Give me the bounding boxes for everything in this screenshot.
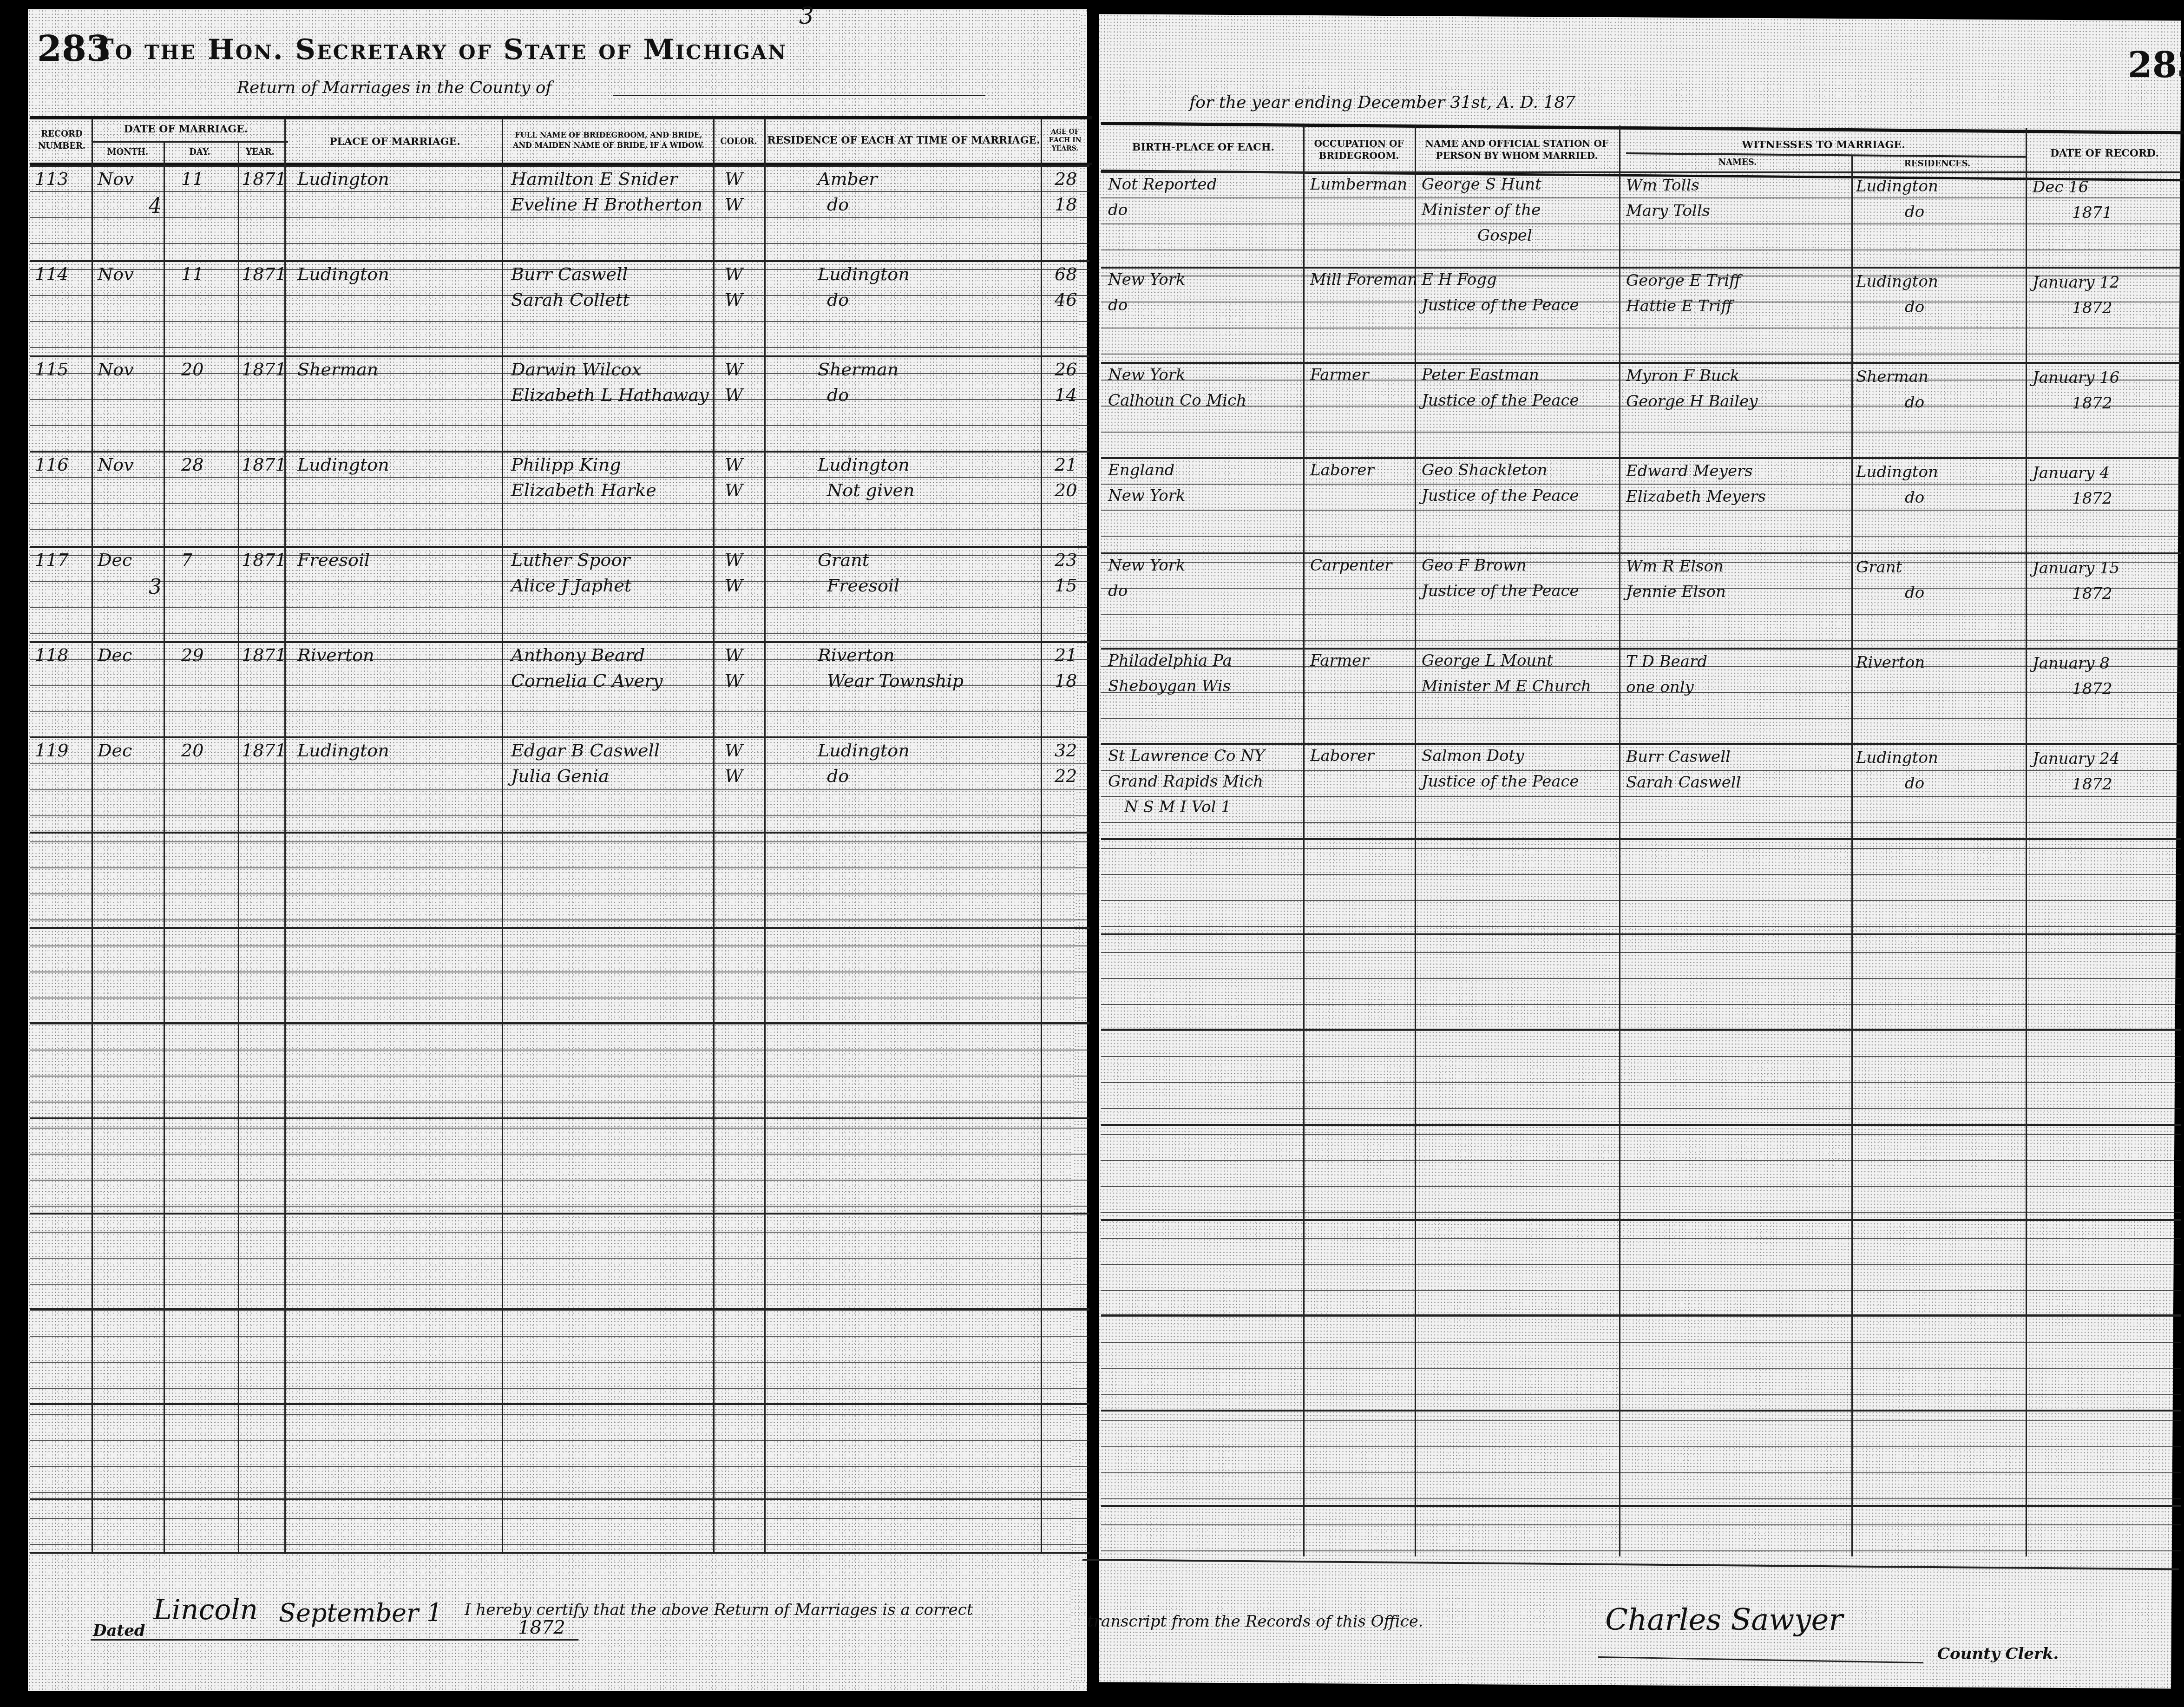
- row-separator: [1101, 838, 2181, 840]
- header-occupation: Occupation of Bridegroom.: [1305, 131, 1412, 168]
- groom-color: W: [725, 359, 743, 380]
- ruled-line: [30, 763, 1089, 764]
- groom-occupation: Carpenter: [1310, 556, 1392, 575]
- record-date: January 16: [2033, 368, 2120, 387]
- marriage-day: 20: [181, 359, 203, 380]
- witness-name-1: Wm Tolls: [1626, 176, 1699, 195]
- header-year: Year.: [239, 144, 281, 161]
- record-date: January 8: [2033, 654, 2110, 673]
- record-number: 115: [35, 359, 69, 380]
- header-age: Age of Each in Years.: [1043, 122, 1087, 159]
- groom-birthplace: England: [1108, 461, 1174, 479]
- groom-occupation: Laborer: [1310, 461, 1374, 479]
- ruled-line: [30, 893, 1089, 894]
- row-separator: [1101, 267, 2181, 269]
- row-separator: [30, 355, 1089, 357]
- dated-label: Dated: [93, 1622, 145, 1640]
- witness-name-2: Hattie E Triff: [1626, 297, 1732, 315]
- ruled-line: [30, 347, 1089, 348]
- ruled-line: [1101, 1082, 2181, 1083]
- row-separator: [30, 1403, 1089, 1405]
- row-separator: [1101, 1124, 2181, 1126]
- groom-color: W: [725, 169, 743, 189]
- bride-color: W: [725, 194, 743, 215]
- groom-age: 21: [1055, 645, 1077, 665]
- groom-color: W: [725, 740, 743, 761]
- officiant-name: E H Fogg: [1422, 270, 1497, 289]
- county-blank-line: [613, 95, 985, 96]
- witness-residence-1: Ludington: [1856, 463, 1938, 481]
- officiant-title: Minister M E Church: [1422, 677, 1591, 696]
- bride-name: Cornelia C Avery: [511, 670, 663, 691]
- row-separator: [1101, 648, 2181, 650]
- marriage-year: 1871: [242, 169, 287, 189]
- dated-underline: [91, 1639, 578, 1641]
- month-note: 4: [149, 194, 162, 218]
- bride-residence: Wear Township: [827, 670, 964, 691]
- dated-place: Lincoln: [153, 1594, 258, 1626]
- groom-occupation: Laborer: [1310, 747, 1374, 765]
- groom-birthplace: Not Reported: [1108, 175, 1217, 194]
- groom-birthplace: St Lawrence Co NY: [1108, 747, 1265, 765]
- groom-residence: Ludington: [818, 740, 910, 761]
- officiant-title-cont: Gospel: [1477, 226, 1532, 245]
- ruled-line: [1101, 1420, 2181, 1421]
- ruled-line: [30, 1050, 1089, 1050]
- ruled-line: [1101, 1524, 2181, 1525]
- marriage-month: Dec: [98, 645, 132, 665]
- witness-residence-1: Ludington: [1856, 272, 1938, 291]
- ruled-line: [1101, 1342, 2181, 1343]
- record-year: 1872: [2072, 584, 2112, 603]
- bride-residence: do: [827, 289, 849, 310]
- groom-birthplace: New York: [1108, 556, 1186, 575]
- header-birthplace: Birth-Place of Each.: [1106, 131, 1301, 164]
- ruled-line: [1101, 1264, 2181, 1265]
- ruled-line: [30, 1440, 1089, 1441]
- ruled-line: [1101, 926, 2181, 927]
- record-year: 1872: [2072, 489, 2112, 508]
- ruled-line: [1101, 1472, 2181, 1473]
- groom-name: Anthony Beard: [511, 645, 645, 665]
- col-divider: [1415, 125, 1416, 1556]
- witness-residence-2: do: [1905, 298, 1924, 316]
- marriage-day: 11: [181, 169, 203, 189]
- marriage-month: Dec: [98, 740, 132, 761]
- bride-name: Alice J Japhet: [511, 575, 631, 596]
- groom-color: W: [725, 550, 743, 570]
- bride-birthplace: Sheboygan Wis: [1108, 677, 1231, 696]
- officiant-title: Justice of the Peace: [1422, 391, 1579, 410]
- ruled-line: [30, 425, 1089, 426]
- bride-color: W: [725, 385, 743, 405]
- witness-name-1: T D Beard: [1626, 652, 1707, 671]
- ruled-line: [1101, 900, 2181, 901]
- marriage-month: Nov: [98, 454, 134, 475]
- record-number: 117: [35, 550, 69, 570]
- groom-residence: Riverton: [818, 645, 895, 665]
- bride-age: 20: [1055, 480, 1077, 500]
- ruled-line: [30, 1128, 1089, 1129]
- witness-name-2: Sarah Caswell: [1626, 773, 1741, 792]
- certify-text-cont: transcript from the Records of this Offi…: [1087, 1612, 1423, 1631]
- witness-residence-1: Riverton: [1856, 653, 1925, 672]
- ruled-line: [1101, 614, 2181, 615]
- record-date: January 24: [2033, 749, 2120, 768]
- bride-name: Julia Genia: [511, 766, 609, 786]
- bride-residence: do: [827, 194, 849, 215]
- marriage-year: 1871: [242, 550, 287, 570]
- ruled-line: [1101, 1394, 2181, 1395]
- ruled-line: [30, 867, 1089, 868]
- ruled-line: [30, 1466, 1089, 1467]
- bride-residence: Freesoil: [827, 575, 899, 596]
- bride-birthplace: do: [1108, 201, 1128, 219]
- groom-birthplace: New York: [1108, 270, 1186, 289]
- record-year: 1872: [2072, 775, 2112, 794]
- marriage-month: Dec: [98, 550, 132, 570]
- record-date: January 12: [2033, 273, 2120, 292]
- marriage-year: 1871: [242, 454, 287, 475]
- ruled-line: [1101, 1550, 2181, 1551]
- ruled-line: [1101, 978, 2181, 979]
- col-divider: [502, 118, 503, 1554]
- month-note: 3: [149, 575, 162, 599]
- return-subtitle: Return of Marriages in the County of: [237, 78, 552, 97]
- col-divider: [1041, 118, 1042, 1554]
- col-divider: [764, 118, 766, 1554]
- officiant-name: George S Hunt: [1422, 175, 1541, 194]
- col-divider: [164, 142, 165, 1554]
- groom-occupation: Farmer: [1310, 366, 1369, 384]
- ruled-line: [1101, 1160, 2181, 1161]
- ruled-line: [1101, 510, 2181, 511]
- groom-birthplace: Philadelphia Pa: [1108, 651, 1232, 670]
- ruled-line: [30, 972, 1089, 972]
- officiant-title: Justice of the Peace: [1422, 772, 1579, 791]
- row-separator: [30, 641, 1089, 643]
- col-divider: [238, 142, 239, 1554]
- dated-month-day: September 1: [279, 1598, 442, 1628]
- groom-age: 21: [1055, 454, 1077, 475]
- ruled-line: [1101, 1134, 2181, 1135]
- ruled-line: [1101, 718, 2181, 719]
- ruled-line: [1101, 1004, 2181, 1005]
- page-number-right: 283: [2128, 44, 2184, 85]
- row-separator: [1101, 1314, 2181, 1316]
- witness-name-1: Wm R Elson: [1626, 557, 1724, 576]
- bride-color: W: [725, 575, 743, 596]
- record-number: 116: [35, 454, 69, 475]
- officiant-name: Salmon Doty: [1422, 747, 1524, 765]
- ruled-line: [30, 841, 1089, 842]
- ruled-line: [30, 1310, 1089, 1311]
- row-separator: [30, 260, 1089, 262]
- groom-occupation: Farmer: [1310, 651, 1369, 670]
- witness-name-1: Edward Meyers: [1626, 462, 1753, 480]
- dated-year: 1872: [518, 1617, 565, 1638]
- ruled-line: [1101, 432, 2181, 433]
- year-ending-subtitle: for the year ending December 31st, A. D.…: [1189, 93, 1575, 112]
- header-record-number: Record Number.: [32, 122, 92, 159]
- ruled-line: [30, 503, 1089, 504]
- ruled-line: [30, 1232, 1089, 1233]
- bride-age: 18: [1055, 670, 1077, 691]
- groom-occupation: Lumberman: [1310, 175, 1407, 194]
- witness-residence-1: Sherman: [1856, 368, 1928, 386]
- ruled-line: [1101, 1212, 2181, 1213]
- row-separator: [30, 451, 1089, 453]
- groom-name: Darwin Wilcox: [511, 359, 642, 380]
- row-separator: [1101, 1505, 2181, 1507]
- row-separator: [1101, 362, 2181, 364]
- ruled-line: [30, 789, 1089, 790]
- row-separator: [1101, 552, 2181, 554]
- groom-name: Luther Spoor: [511, 550, 630, 570]
- ruled-line: [1101, 354, 2181, 355]
- bride-residence: do: [827, 385, 849, 405]
- place-of-marriage: Freesoil: [297, 550, 370, 570]
- witness-residence-2: do: [1905, 203, 1924, 221]
- bride-age: 18: [1055, 194, 1077, 215]
- marriage-month: Nov: [98, 169, 134, 189]
- ruled-line: [30, 1362, 1089, 1363]
- bride-age: 22: [1055, 766, 1077, 786]
- clerk-signature: Charles Sawyer: [1605, 1603, 1843, 1637]
- ruled-line: [30, 1284, 1089, 1285]
- row-separator: [1101, 457, 2181, 459]
- ruled-line: [1101, 952, 2181, 953]
- row-separator: [30, 1213, 1089, 1215]
- officiant-title: Minister of the: [1422, 201, 1541, 219]
- record-year: 1871: [2072, 204, 2112, 222]
- officiant-title: Justice of the Peace: [1422, 486, 1579, 505]
- bride-age: 14: [1055, 385, 1077, 405]
- ruled-line: [1101, 1108, 2181, 1109]
- record-number: 113: [35, 169, 69, 189]
- row-separator: [30, 736, 1089, 738]
- ruled-line: [30, 191, 1089, 192]
- witness-name-1: George E Triff: [1626, 271, 1740, 290]
- ruled-line: [1101, 1316, 2181, 1317]
- marriage-year: 1871: [242, 740, 287, 761]
- date-subheader-rule: [93, 141, 288, 143]
- bride-color: W: [725, 480, 743, 500]
- bride-name: Elizabeth Harke: [511, 480, 656, 500]
- bride-birthplace: Calhoun Co Mich: [1108, 391, 1246, 410]
- row-separator: [30, 1308, 1089, 1310]
- ruled-line: [30, 529, 1089, 530]
- ruled-line: [30, 1180, 1089, 1181]
- col-divider: [713, 118, 715, 1554]
- ruled-line: [30, 1258, 1089, 1259]
- officiant-name: Geo F Brown: [1422, 556, 1527, 575]
- marriage-month: Nov: [98, 264, 134, 284]
- witness-name-2: Mary Tolls: [1626, 202, 1710, 220]
- row-separator: [1101, 743, 2181, 745]
- ruled-line: [1101, 796, 2181, 797]
- row-separator: [30, 1117, 1089, 1119]
- ruled-line: [30, 919, 1089, 920]
- officiant-name: George L Mount: [1422, 651, 1553, 670]
- bride-birthplace: do: [1108, 296, 1128, 315]
- bride-birthplace: do: [1108, 582, 1128, 600]
- ruled-line: [1101, 1238, 2181, 1239]
- marriage-month: Nov: [98, 359, 134, 380]
- ruled-line: [1101, 328, 2181, 328]
- bride-age: 15: [1055, 575, 1077, 596]
- groom-residence: Ludington: [818, 264, 910, 284]
- header-residence: Residence of Each at Time of Marriage.: [767, 122, 1041, 159]
- ruled-line: [30, 1518, 1089, 1519]
- bride-residence: Not given: [827, 480, 914, 500]
- header-officiant: Name and Official Station of Person by W…: [1417, 131, 1617, 168]
- witness-name-2: Jennie Elson: [1626, 583, 1726, 601]
- groom-name: Burr Caswell: [511, 264, 628, 284]
- place-of-marriage: Ludington: [297, 169, 389, 189]
- ruled-line: [30, 1076, 1089, 1077]
- marriage-day: 28: [181, 454, 203, 475]
- ruled-line: [1101, 770, 2181, 771]
- record-year: 1872: [2072, 394, 2112, 413]
- row-separator: [30, 1498, 1089, 1500]
- col-divider: [1851, 156, 1853, 1556]
- witness-residence-2: do: [1905, 393, 1924, 412]
- ruled-line: [1101, 1368, 2181, 1369]
- col-divider: [284, 118, 286, 1554]
- ruled-line: [1101, 822, 2181, 823]
- header-color: Color.: [715, 125, 762, 158]
- officiant-name: Geo Shackleton: [1422, 461, 1548, 479]
- ruled-line: [1101, 1186, 2181, 1187]
- groom-age: 23: [1055, 550, 1077, 570]
- marriage-year: 1871: [242, 264, 287, 284]
- witness-name-1: Burr Caswell: [1626, 748, 1731, 766]
- header-month: Month.: [93, 144, 163, 161]
- row-separator: [1101, 933, 2181, 935]
- groom-age: 32: [1055, 740, 1077, 761]
- officiant-name: Peter Eastman: [1422, 366, 1539, 384]
- record-number: 119: [35, 740, 69, 761]
- marriage-day: 29: [181, 645, 203, 665]
- place-of-marriage: Ludington: [297, 740, 389, 761]
- ruled-line: [1101, 223, 2181, 224]
- book-spine: [1087, 0, 1099, 1707]
- ruled-line: [30, 711, 1089, 712]
- ruled-line: [30, 1336, 1089, 1337]
- witness-residence-2: do: [1905, 488, 1924, 507]
- groom-residence: Amber: [818, 169, 877, 189]
- ruled-line: [30, 1206, 1089, 1207]
- groom-birthplace: New York: [1108, 366, 1186, 384]
- ruled-line: [1101, 484, 2181, 485]
- groom-age: 28: [1055, 169, 1077, 189]
- birthplace-note: N S M I Vol 1: [1124, 798, 1231, 816]
- row-separator: [30, 832, 1089, 834]
- footer-rule-left: [30, 1552, 1089, 1554]
- record-year: 1872: [2072, 299, 2112, 317]
- ruled-line: [1101, 848, 2181, 849]
- witness-residence-1: Ludington: [1856, 177, 1938, 196]
- bride-age: 46: [1055, 289, 1077, 310]
- groom-name: Edgar B Caswell: [511, 740, 660, 761]
- ruled-line: [30, 607, 1089, 608]
- groom-occupation: Mill Foreman: [1310, 270, 1417, 289]
- witness-residence-1: Grant: [1856, 558, 1902, 577]
- bride-birthplace: New York: [1108, 486, 1186, 505]
- officiant-title: Justice of the Peace: [1422, 296, 1579, 315]
- ruled-line: [30, 217, 1089, 218]
- clerk-title: County Clerk.: [1937, 1645, 2059, 1663]
- row-separator: [30, 927, 1089, 929]
- bride-color: W: [725, 289, 743, 310]
- ruled-line: [1101, 874, 2181, 875]
- ruled-line: [30, 1388, 1089, 1389]
- header-date-of-record: Date of Record.: [2030, 139, 2179, 167]
- ruled-line: [30, 1492, 1089, 1493]
- record-date: January 15: [2033, 559, 2120, 578]
- place-of-marriage: Riverton: [297, 645, 374, 665]
- marriage-day: 7: [181, 550, 192, 570]
- row-separator: [30, 1022, 1089, 1024]
- witness-residence-2: do: [1905, 584, 1924, 602]
- marriage-day: 20: [181, 740, 203, 761]
- officiant-title: Justice of the Peace: [1422, 582, 1579, 600]
- header-place-of-marriage: Place of Marriage.: [288, 125, 502, 158]
- certify-text: I hereby certify that the above Return o…: [465, 1601, 973, 1619]
- header-witness-names: Names.: [1626, 156, 1849, 170]
- ruled-line: [30, 815, 1089, 816]
- row-separator: [30, 546, 1089, 548]
- header-names: Full Name of Bridegroom, and Bride, and …: [506, 122, 711, 159]
- groom-age: 26: [1055, 359, 1077, 380]
- ruled-line: [30, 633, 1089, 634]
- row-separator: [1101, 1410, 2181, 1412]
- marriage-year: 1871: [242, 645, 287, 665]
- col-divider: [1619, 125, 1620, 1556]
- row-separator: [30, 165, 1089, 167]
- witness-residence-1: Ludington: [1856, 748, 1938, 767]
- ruled-line: [1101, 536, 2181, 537]
- ruled-line: [1101, 197, 2181, 198]
- place-of-marriage: Sherman: [297, 359, 378, 380]
- witness-name-2: one only: [1626, 678, 1694, 696]
- penciled-mark: 3: [799, 2, 814, 29]
- ruled-line: [1101, 1446, 2181, 1447]
- header-date-of-marriage: Date of Marriage.: [93, 120, 279, 138]
- bride-name: Elizabeth L Hathaway: [511, 385, 709, 405]
- bride-name: Eveline H Brotherton: [511, 194, 702, 215]
- ruled-line: [1101, 249, 2181, 250]
- ruled-line: [30, 998, 1089, 998]
- groom-residence: Ludington: [818, 454, 910, 475]
- groom-color: W: [725, 645, 743, 665]
- header-day: Day.: [165, 144, 235, 161]
- ruled-line: [30, 1544, 1089, 1545]
- row-separator: [1101, 1219, 2181, 1221]
- ruled-line: [30, 1414, 1089, 1415]
- ruled-line: [1101, 1290, 2181, 1291]
- ruled-line: [30, 321, 1089, 322]
- ruled-line: [30, 243, 1089, 244]
- record-number: 118: [35, 645, 69, 665]
- header-witnesses: Witnesses to Marriage.: [1626, 136, 2021, 154]
- record-date: January 4: [2033, 464, 2110, 482]
- ruled-line: [30, 1102, 1089, 1103]
- marriage-day: 11: [181, 264, 203, 284]
- header-top-rule: [30, 116, 1092, 119]
- groom-color: W: [725, 454, 743, 475]
